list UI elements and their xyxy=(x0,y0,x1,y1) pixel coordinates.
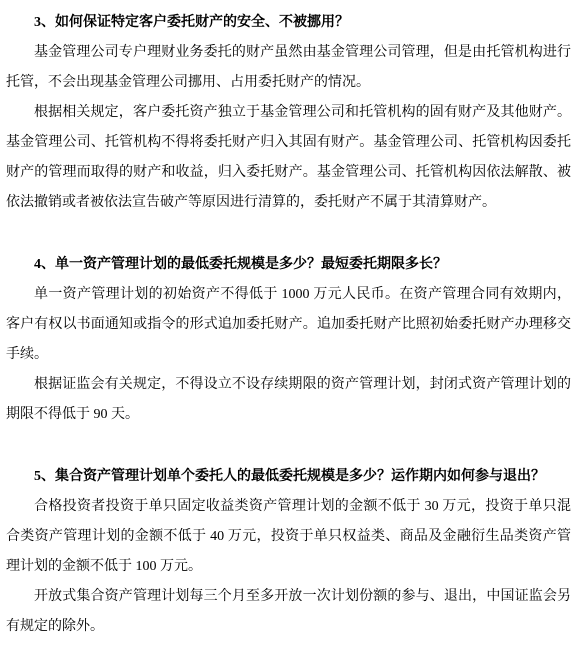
answer-paragraph: 基金管理公司专户理财业务委托的财产虽然由基金管理公司管理，但是由托管机构进行托管… xyxy=(6,38,571,98)
answer-paragraph: 根据相关规定，客户委托资产独立于基金管理公司和托管机构的固有财产及其他财产。基金… xyxy=(6,98,571,218)
question-heading: 5、集合资产管理计划单个委托人的最低委托规模是多少？运作期内如何参与退出？ xyxy=(6,462,571,492)
question-heading: 4、单一资产管理计划的最低委托规模是多少？最短委托期限多长？ xyxy=(6,250,571,280)
answer-paragraph: 合格投资者投资于单只固定收益类资产管理计划的金额不低于 30 万元，投资于单只混… xyxy=(6,492,571,582)
answer-paragraph: 单一资产管理计划的初始资产不得低于 1000 万元人民币。在资产管理合同有效期内… xyxy=(6,280,571,370)
answer-paragraph: 根据证监会有关规定，不得设立不设存续期限的资产管理计划，封闭式资产管理计划的期限… xyxy=(6,370,571,430)
qa-section-3: 3、如何保证特定客户委托财产的安全、不被挪用？ 基金管理公司专户理财业务委托的财… xyxy=(6,8,571,218)
question-heading: 3、如何保证特定客户委托财产的安全、不被挪用？ xyxy=(6,8,571,38)
qa-section-4: 4、单一资产管理计划的最低委托规模是多少？最短委托期限多长？ 单一资产管理计划的… xyxy=(6,250,571,430)
qa-section-5: 5、集合资产管理计划单个委托人的最低委托规模是多少？运作期内如何参与退出？ 合格… xyxy=(6,462,571,642)
answer-paragraph: 开放式集合资产管理计划每三个月至多开放一次计划份额的参与、退出，中国证监会另有规… xyxy=(6,582,571,642)
document-page: 3、如何保证特定客户委托财产的安全、不被挪用？ 基金管理公司专户理财业务委托的财… xyxy=(0,0,577,662)
